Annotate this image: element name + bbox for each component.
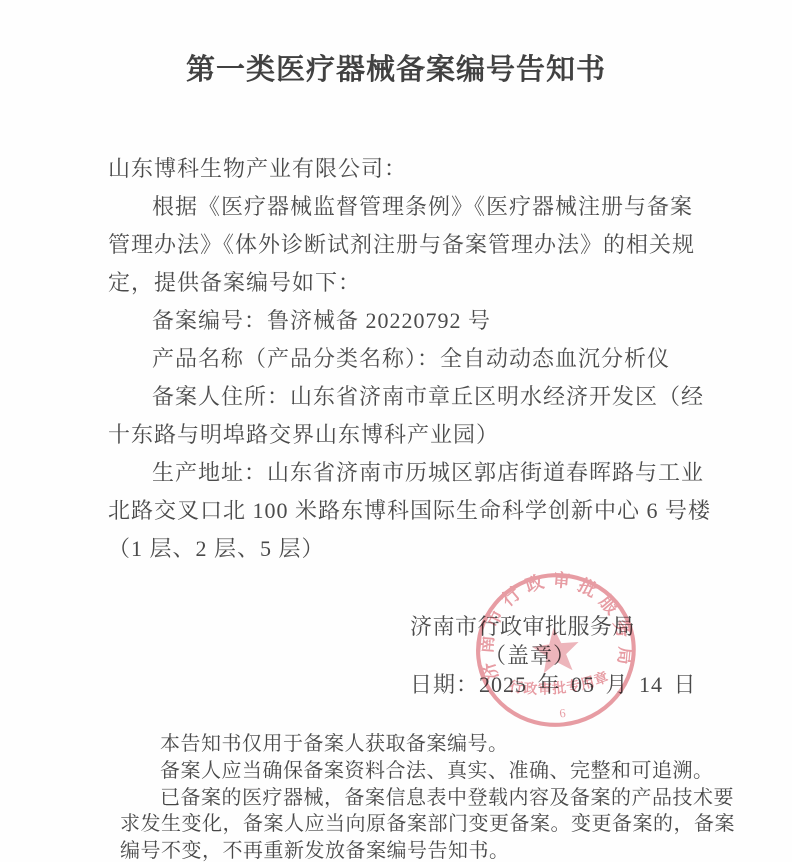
- note-line: 备案人应当确保备案资料合法、真实、准确、完整和可追溯。: [120, 758, 730, 785]
- recipient-line: 山东博科生物产业有限公司：: [108, 150, 708, 188]
- issuing-agency: 济南市行政审批服务局: [410, 612, 697, 641]
- seal-number: 6: [559, 706, 567, 721]
- note-line: 已备案的医疗器械，备案信息表中登载内容及备案的产品技术要: [120, 785, 730, 812]
- registrant-address-line: 备案人住所：山东省济南市章丘区明水经济开发区（经: [108, 378, 708, 416]
- production-address-line: 北路交叉口北 100 米路东博科国际生命科学创新中心 6 号楼: [108, 492, 708, 530]
- signature-block: 济南市行政审批服务局 （盖章） 日期：2025 年 05 月 14 日: [410, 612, 697, 699]
- note-line: 求发生变化，备案人应当向原备案部门变更备案。变更备案的，备案: [120, 811, 730, 838]
- product-name-line: 产品名称（产品分类名称）：全自动动态血沉分析仪: [108, 340, 708, 378]
- intro-line: 根据《医疗器械监督管理条例》《医疗器械注册与备案: [108, 188, 708, 226]
- issue-date: 日期：2025 年 05 月 14 日: [410, 670, 697, 699]
- registrant-address-line: 十东路与明埠路交界山东博科产业园）: [108, 416, 708, 454]
- intro-line: 定，提供备案编号如下：: [108, 264, 708, 302]
- note-line: 本告知书仅用于备案人获取备案编号。: [120, 731, 730, 758]
- document-title: 第一类医疗器械备案编号告知书: [0, 0, 792, 88]
- production-address-line: （1 层、2 层、5 层）: [108, 530, 708, 568]
- seal-label: （盖章）: [410, 641, 650, 670]
- registration-number-line: 备案编号：鲁济械备 20220792 号: [108, 302, 708, 340]
- intro-line: 管理办法》《体外诊断试剂注册与备案管理办法》的相关规: [108, 226, 708, 264]
- note-line: 编号不变，不再重新发放备案编号告知书。: [120, 838, 730, 862]
- document-page: 第一类医疗器械备案编号告知书 山东博科生物产业有限公司： 根据《医疗器械监督管理…: [0, 0, 792, 862]
- production-address-line: 生产地址：山东省济南市历城区郭店街道春晖路与工业: [108, 454, 708, 492]
- notes-section: 本告知书仅用于备案人获取备案编号。 备案人应当确保备案资料合法、真实、准确、完整…: [120, 731, 730, 862]
- document-body: 山东博科生物产业有限公司： 根据《医疗器械监督管理条例》《医疗器械注册与备案 管…: [108, 150, 708, 568]
